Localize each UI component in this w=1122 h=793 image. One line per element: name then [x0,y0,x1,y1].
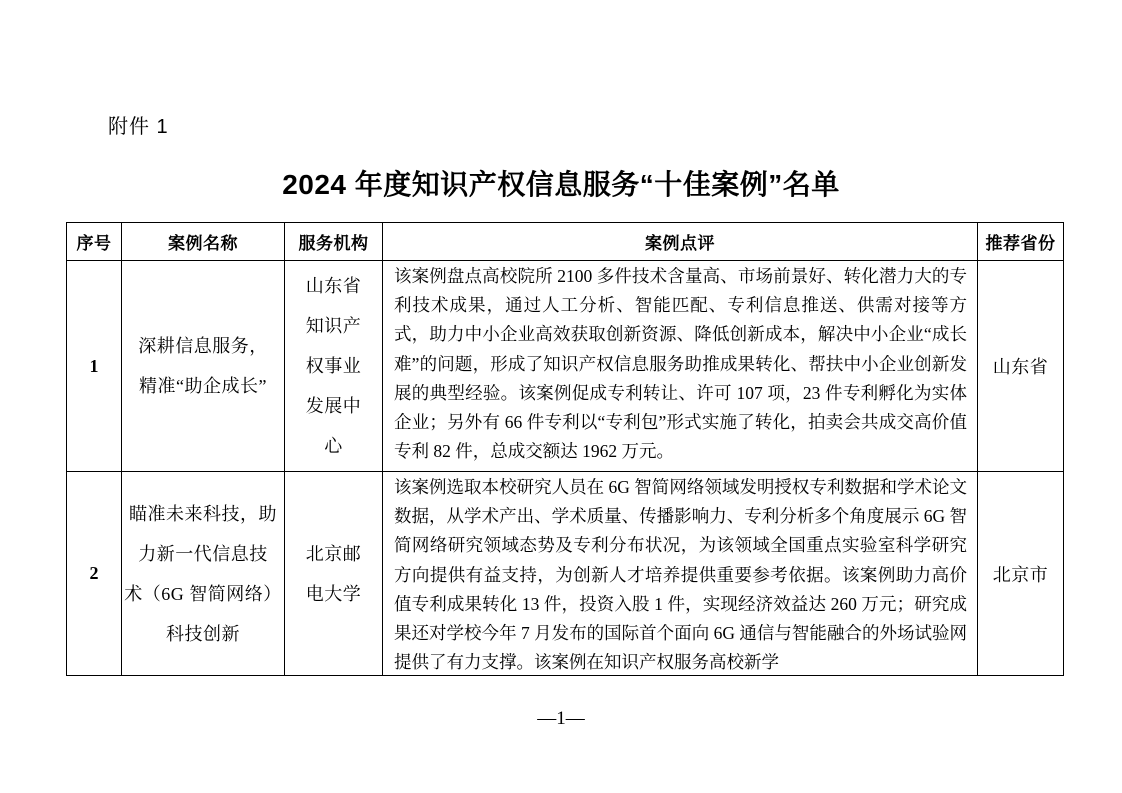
header-service-organization: 服务机构 [285,223,383,261]
cell-case-name: 深耕信息服务， 精准“助企成长” [122,261,285,472]
cell-service-organization: 北京邮电大学 [285,472,383,676]
page-number: —1— [0,708,1122,730]
header-case-name: 案例名称 [122,223,285,261]
cell-service-organization: 山东省知识产权事业发展中心 [285,261,383,472]
cell-case-commentary: 该案例盘点高校院所 2100 多件技术含量高、市场前景好、转化潜力大的专利技术成… [383,261,978,472]
table-row: 2 瞄准未来科技，助 力新一代信息技 术（6G 智简网络） 科技创新 北京邮电大… [67,472,1064,676]
attachment-label: 附件 1 [108,110,169,139]
cell-case-commentary: 该案例选取本校研究人员在 6G 智简网络领域发明授权专利数据和学术论文数据，从学… [383,472,978,676]
cell-serial-number: 1 [67,261,122,472]
header-recommending-province: 推荐省份 [978,223,1064,261]
cell-recommending-province: 山东省 [978,261,1064,472]
cases-table: 序号 案例名称 服务机构 案例点评 推荐省份 1 深耕信息服务， 精准“助企成长… [66,222,1064,676]
header-case-commentary: 案例点评 [383,223,978,261]
document-title: 2024 年度知识产权信息服务“十佳案例”名单 [0,163,1122,203]
table-header-row: 序号 案例名称 服务机构 案例点评 推荐省份 [67,223,1064,261]
case-commentary-text: 该案例盘点高校院所 2100 多件技术含量高、市场前景好、转化潜力大的专利技术成… [394,262,967,468]
cell-serial-number: 2 [67,472,122,676]
header-serial-number: 序号 [67,223,122,261]
cell-recommending-province: 北京市 [978,472,1064,676]
cell-case-name: 瞄准未来科技，助 力新一代信息技 术（6G 智简网络） 科技创新 [122,472,285,676]
case-commentary-text: 该案例选取本校研究人员在 6G 智简网络领域发明授权专利数据和学术论文数据，从学… [394,473,967,673]
document-page: 附件 1 2024 年度知识产权信息服务“十佳案例”名单 序号 案例名称 服务机… [0,0,1122,793]
table-row: 1 深耕信息服务， 精准“助企成长” 山东省知识产权事业发展中心 该案例盘点高校… [67,261,1064,472]
